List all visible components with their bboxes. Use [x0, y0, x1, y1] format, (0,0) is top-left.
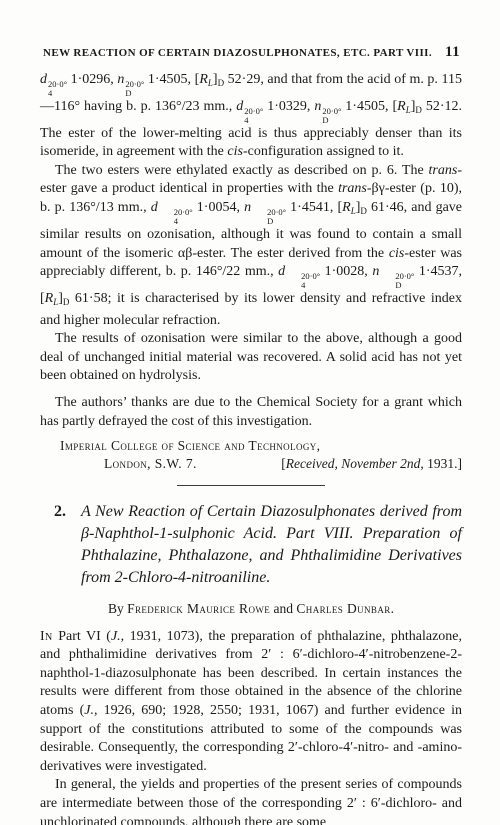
affiliation-institution: Imperial College of Science and Technolo… — [40, 437, 462, 455]
paragraph-intro: In Part VI (J., 1931, 1073), the prepara… — [40, 628, 462, 777]
running-title: NEW REACTION OF CERTAIN DIAZOSULPHONATES… — [43, 47, 432, 59]
byline: By Frederick Maurice Rowe and Charles Du… — [40, 600, 462, 619]
paragraph-general: In general, the yields and properties of… — [40, 776, 462, 825]
page-number: 11 — [445, 44, 460, 61]
previous-article-end: d20·0°4 1·0296, n20·0°D 1·4505, [RL]D 52… — [40, 71, 462, 472]
received-date: [Received, November 2nd, 1931.] — [281, 455, 462, 473]
running-header: NEW REACTION OF CERTAIN DIAZOSULPHONATES… — [40, 44, 462, 61]
paragraph-ozonisation: The results of ozonisation were similar … — [40, 330, 462, 386]
affiliation-city: London, S.W. 7. — [104, 455, 197, 473]
section-divider-rule — [177, 485, 325, 486]
journal-page: NEW REACTION OF CERTAIN DIAZOSULPHONATES… — [0, 0, 500, 825]
paragraph-constants: d20·0°4 1·0296, n20·0°D 1·4505, [RL]D 52… — [40, 71, 462, 162]
article-heading: 2. A New Reaction of Certain Diazosulpho… — [54, 501, 462, 589]
paragraph-acknowledgement: The authors’ thanks are due to the Chemi… — [40, 394, 462, 431]
paragraph-esters: The two esters were ethylated exactly as… — [40, 162, 462, 330]
article-number: 2. — [54, 501, 81, 589]
affiliation-block: Imperial College of Science and Technolo… — [40, 437, 462, 472]
affiliation-line2: London, S.W. 7. [Received, November 2nd,… — [40, 455, 462, 473]
article-2: 2. A New Reaction of Certain Diazosulpho… — [40, 501, 462, 825]
article-title: A New Reaction of Certain Diazosulphonat… — [81, 501, 462, 589]
